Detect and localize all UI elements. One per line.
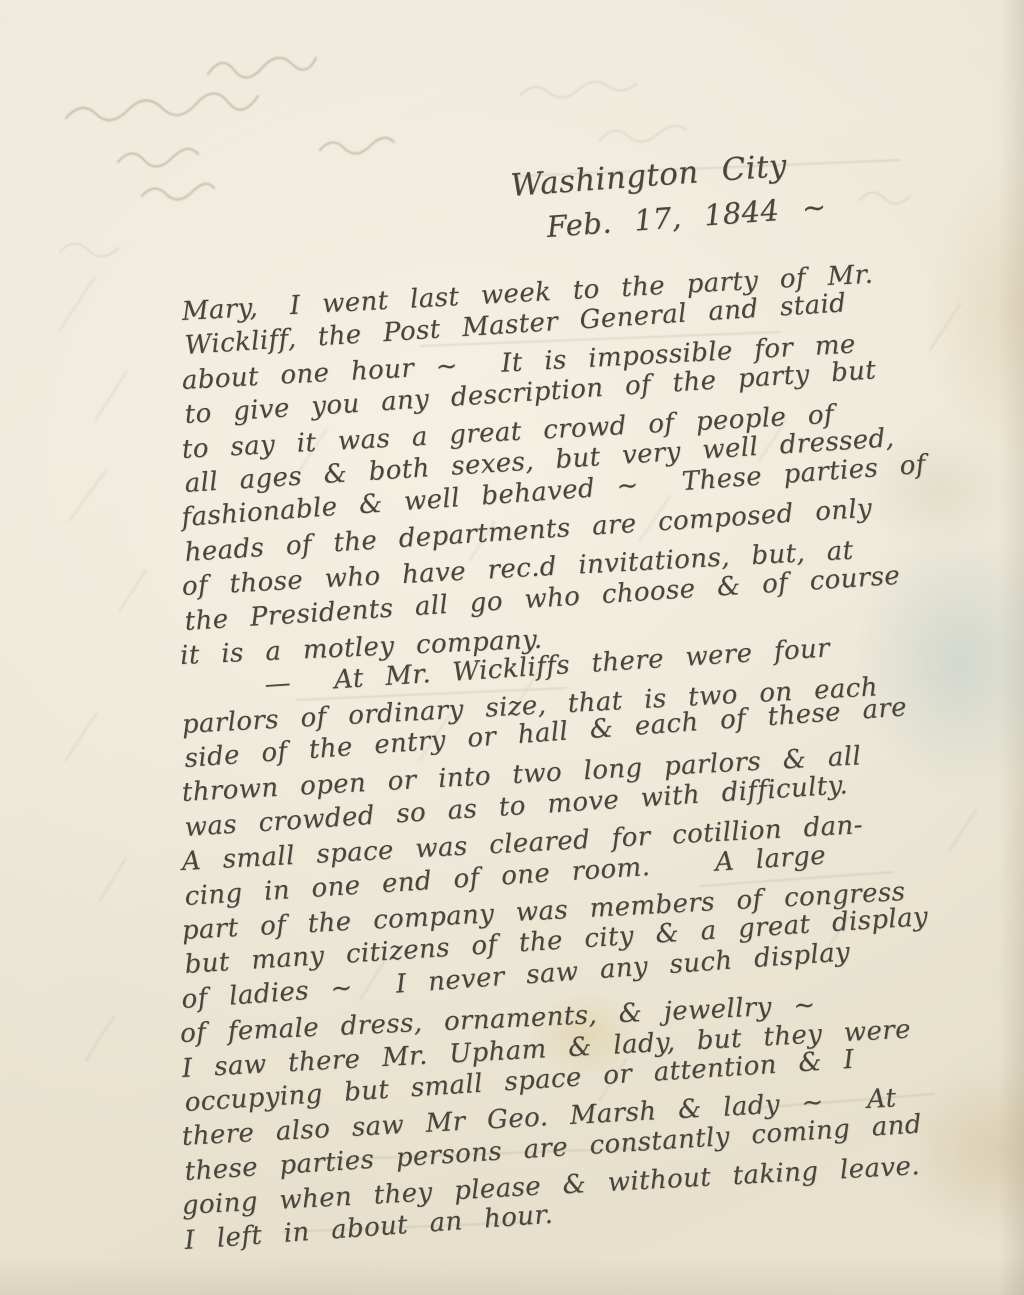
letter-heading: Washington City Feb. 17, 1844 ~ [512, 168, 828, 244]
letter-page: Washington City Feb. 17, 1844 ~ Mary,I w… [0, 0, 1024, 1295]
salutation: Mary, [181, 293, 259, 327]
letter-body: Mary,I went last week to the party of Mr… [183, 297, 983, 1260]
salutation-gap [258, 314, 290, 316]
